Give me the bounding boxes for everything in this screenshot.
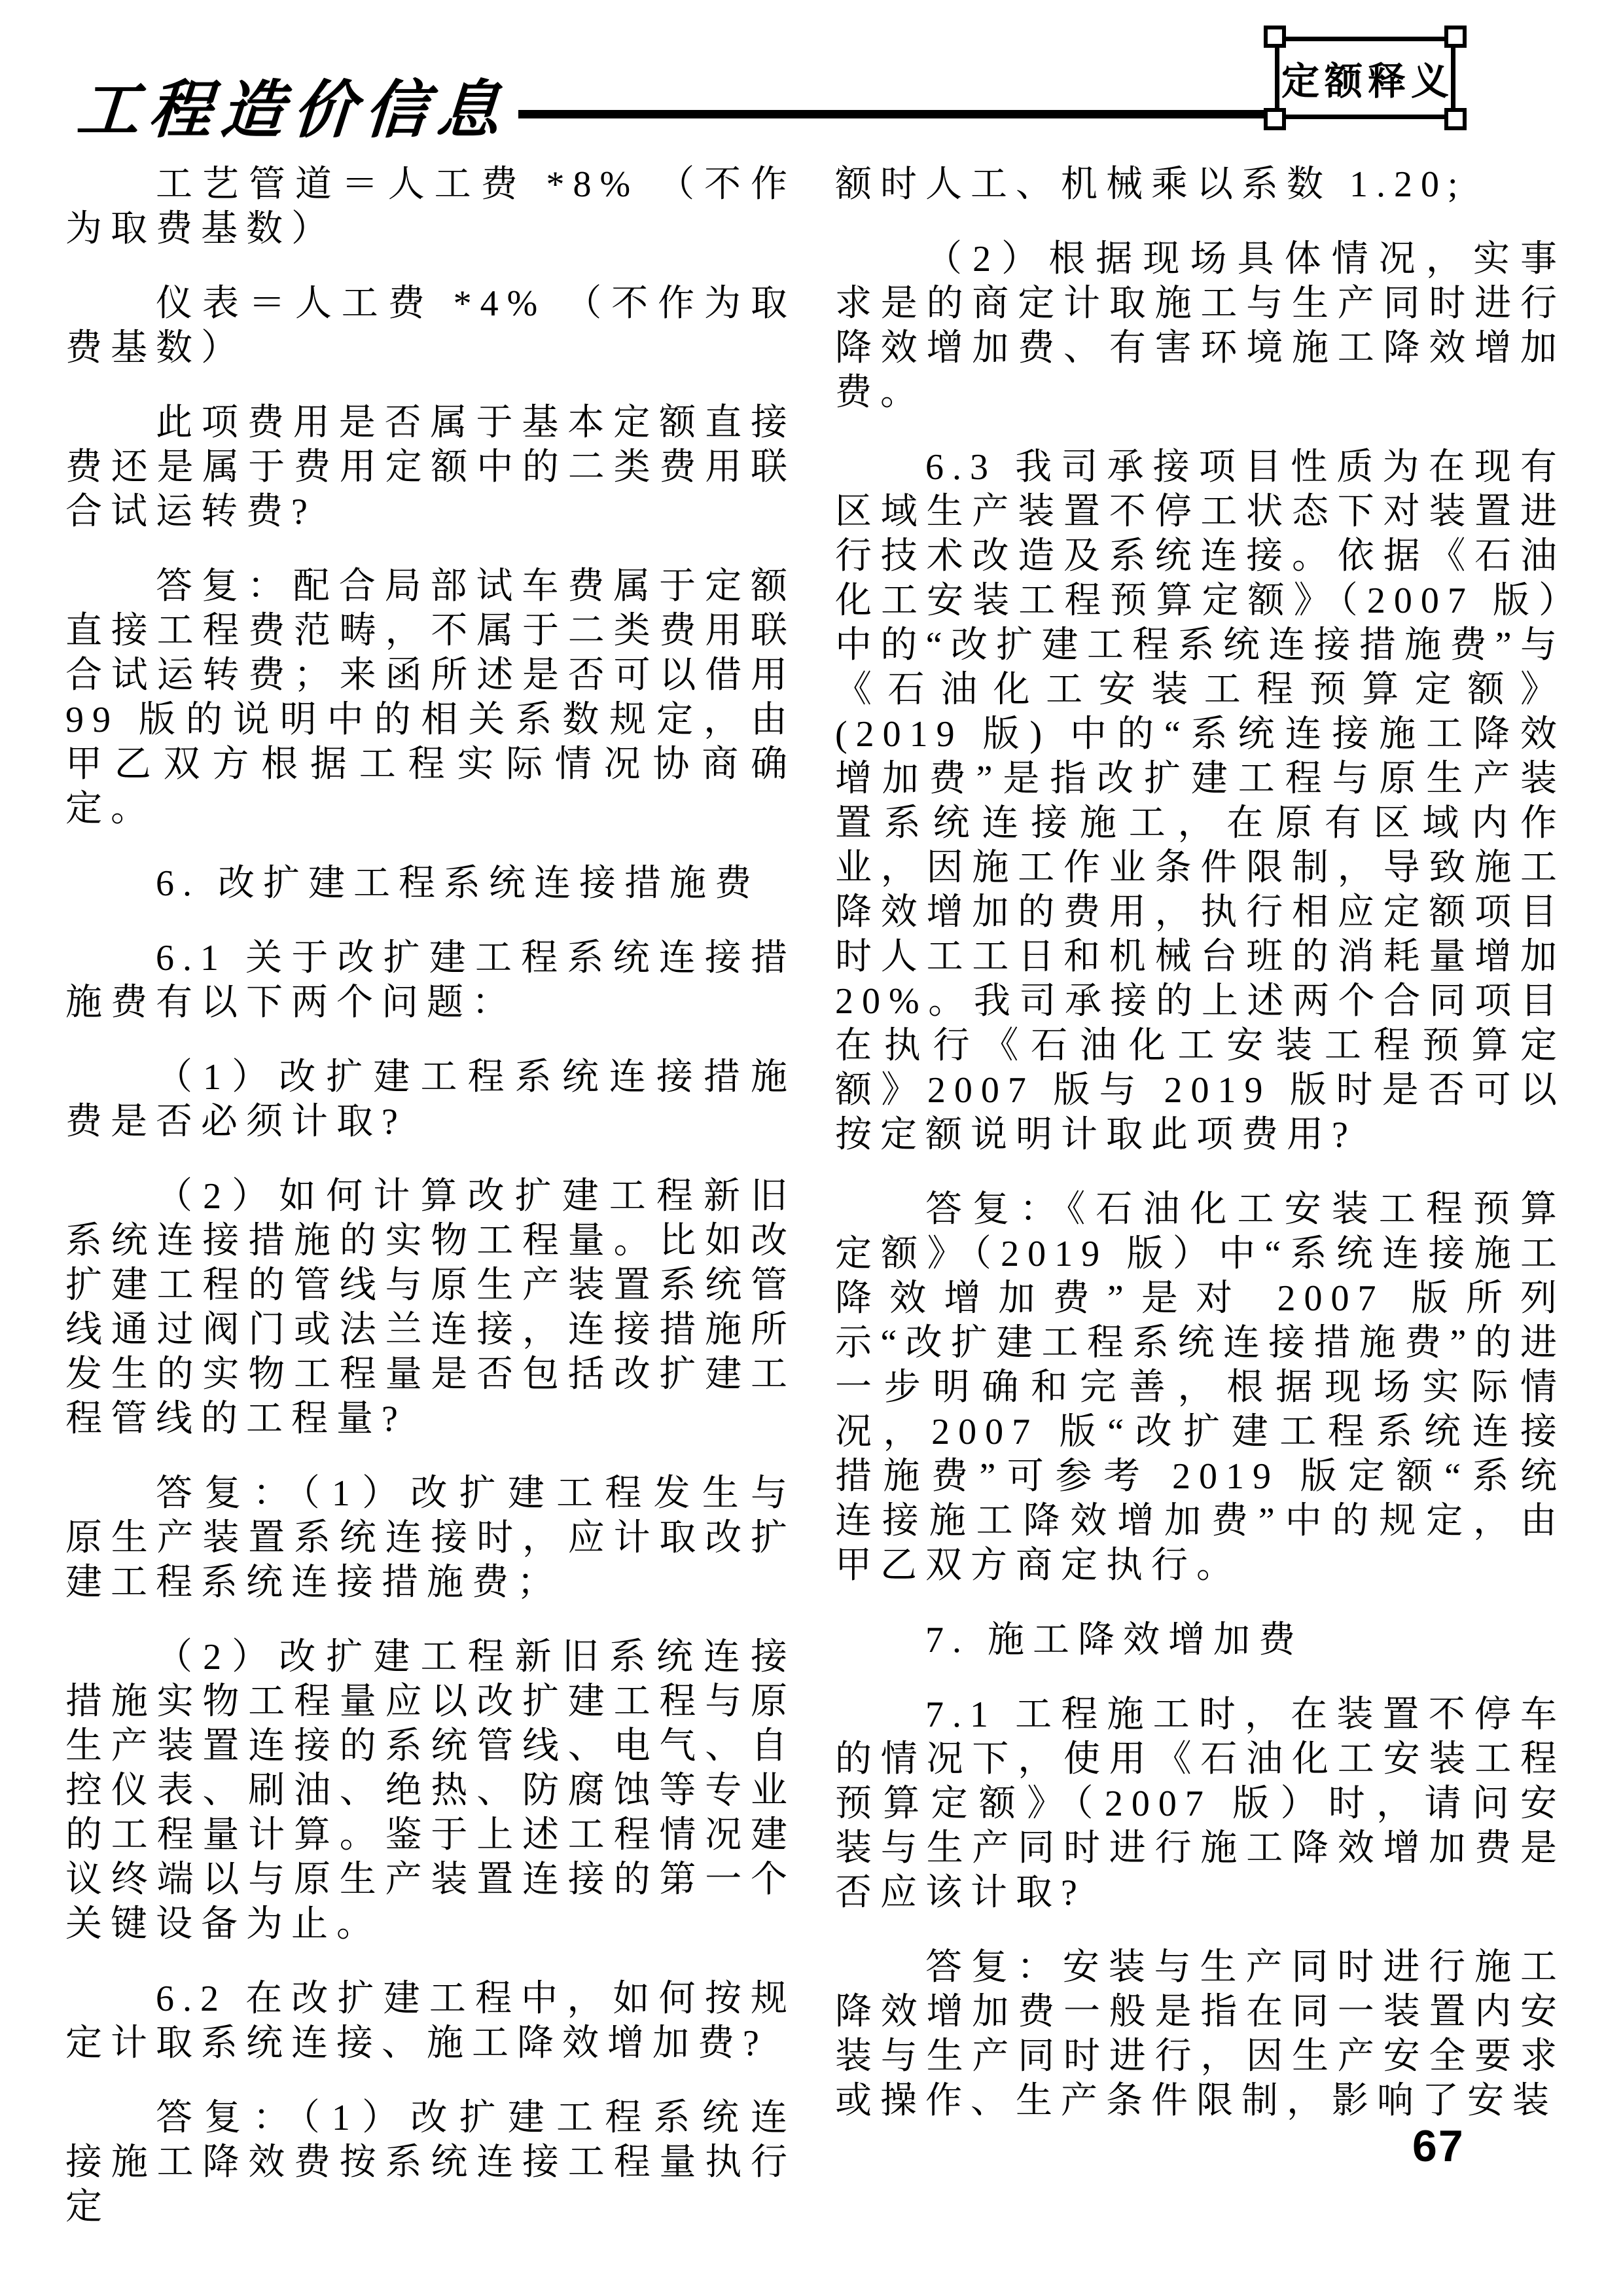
paragraph: （2）如何计算改扩建工程新旧系统连接措施的实物工程量。比如改扩建工程的管线与原生… <box>65 1174 796 1441</box>
masthead-logo: 工程造价信息 <box>74 60 512 150</box>
paragraph: （2）根据现场具体情况，实事求是的商定计取施工与生产同时进行降效增加费、有害环境… <box>835 237 1565 415</box>
paragraph: 额时人工、机械乘以系数 1.20; <box>835 162 1565 207</box>
article-body: 工艺管道＝人工费 *8% （不作为取费基数）仪表＝人工费 *4% （不作为取费基… <box>65 162 1565 2259</box>
paragraph: 工艺管道＝人工费 *8% （不作为取费基数） <box>65 162 796 251</box>
right-column: 额时人工、机械乘以系数 1.20;（2）根据现场具体情况，实事求是的商定计取施工… <box>835 162 1565 2259</box>
frame-corner-ornament <box>1444 108 1467 130</box>
scanned-document-page: 工程造价信息 定额释义 工艺管道＝人工费 *8% （不作为取费基数）仪表＝人工费… <box>0 0 1623 2296</box>
left-column: 工艺管道＝人工费 *8% （不作为取费基数）仪表＝人工费 *4% （不作为取费基… <box>65 162 796 2259</box>
page-number: 67 <box>1412 2121 1465 2172</box>
section-badge-label: 定额释义 <box>1276 50 1454 105</box>
paragraph: 答复：（1）改扩建工程系统连接施工降效费按系统连接工程量执行定 <box>65 2096 796 2229</box>
paragraph: （2）改扩建工程新旧系统连接措施实物工程量应以改扩建工程与原生产装置连接的系统管… <box>65 1635 796 1946</box>
paragraph: 6.1 关于改扩建工程系统连接措施费有以下两个问题： <box>65 936 796 1025</box>
paragraph: 此项费用是否属于基本定额直接费还是属于费用定额中的二类费用联合试运转费? <box>65 401 796 534</box>
paragraph: 答复：（1）改扩建工程发生与原生产装置系统连接时，应计取改扩建工程系统连接措施费… <box>65 1471 796 1605</box>
paragraph: 答复：配合局部试车费属于定额直接工程费范畴，不属于二类费用联合试运转费；来函所述… <box>65 564 796 831</box>
frame-corner-ornament <box>1264 26 1286 48</box>
paragraph: 7.1 工程施工时，在装置不停车的情况下，使用《石油化工安装工程预算定额》（20… <box>835 1693 1565 1915</box>
paragraph: 仪表＝人工费 *4% （不作为取费基数） <box>65 281 796 370</box>
paragraph: 7. 施工降效增加费 <box>835 1618 1565 1662</box>
paragraph: 答复：安装与生产同时进行施工降效增加费一般是指在同一装置内安装与生产同时进行，因… <box>835 1945 1565 2123</box>
paragraph: 答复：《石油化工安装工程预算定额》（2019 版）中“系统连接施工降效增加费”是… <box>835 1187 1565 1588</box>
frame-corner-ornament <box>1264 108 1286 130</box>
paragraph: 6.2 在改扩建工程中，如何按规定计取系统连接、施工降效增加费? <box>65 1977 796 2066</box>
paragraph: 6.3 我司承接项目性质为在现有区域生产装置不停工状态下对装置进行技术改造及系统… <box>835 445 1565 1157</box>
paragraph: 6. 改扩建工程系统连接措施费 <box>65 861 796 906</box>
paragraph: （1）改扩建工程系统连接措施费是否必须计取? <box>65 1055 796 1144</box>
frame-corner-ornament <box>1444 26 1467 48</box>
section-badge-frame: 定额释义 <box>1275 37 1455 119</box>
